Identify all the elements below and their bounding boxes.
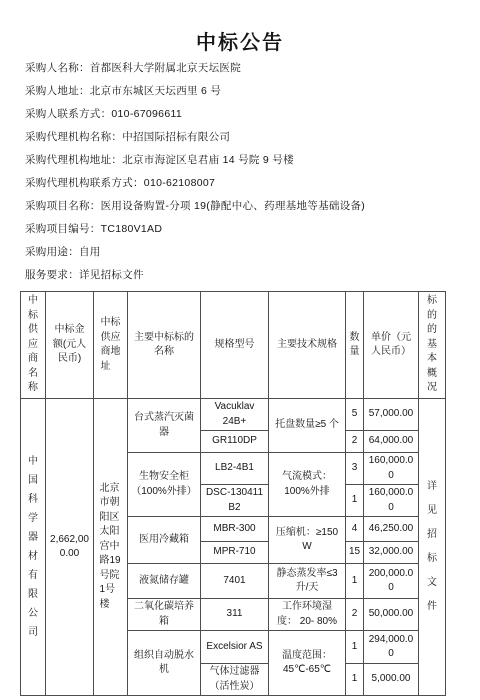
qty-cell: 1 (346, 485, 364, 517)
agency-contact-line: 采购代理机构联系方式：010-62108007 (25, 176, 468, 190)
model-cell: 311 (201, 599, 269, 631)
agency-name-line: 采购代理机构名称：中招国际招标有限公司 (25, 130, 468, 144)
item-name-cell: 台式蒸汽灭菌器 (128, 399, 201, 453)
project-number-line: 采购项目编号：TC180V1AD (25, 222, 468, 236)
item-name-cell: 生物安全柜 （100%外排） (128, 453, 201, 517)
model-cell: 7401 (201, 564, 269, 599)
spec-cell: 工作环境湿 度： 20- 80% (269, 599, 346, 631)
qty-cell: 2 (346, 431, 364, 453)
header-item-name: 主要中标标的名称 (128, 292, 201, 399)
unit-price-cell: 200,000.00 (364, 564, 419, 599)
qty-cell: 1 (346, 631, 364, 664)
purchase-info-section: 采购人名称：首都医科大学附属北京天坛医院 采购人地址：北京市东城区天坛西里 6 … (25, 61, 468, 282)
header-quantity: 数量 (346, 292, 364, 399)
summary-text: 详见招标文件 (427, 475, 437, 619)
header-quantity-text: 数量 (350, 331, 360, 360)
header-supplier-address-text: 中标供应商地址 (101, 316, 121, 374)
item-name-cell: 组织自动脱水机 (128, 631, 201, 696)
header-summary: 标的的基本概况 (419, 292, 446, 399)
spec-cell: 托盘数量≥5 个 (269, 399, 346, 453)
unit-price-cell: 57,000.00 (364, 399, 419, 431)
agency-address-line: 采购代理机构地址：北京市海淀区皂君庙 14 号院 9 号楼 (25, 153, 468, 167)
model-cell: Vacuklav 24B+ (201, 399, 269, 431)
purchase-purpose-line: 采购用途：自用 (25, 245, 468, 259)
header-supplier-name-text: 中标供应商名称 (28, 294, 38, 396)
header-summary-text: 标的的基本概况 (427, 294, 437, 396)
model-cell: DSC-130411 B2 (201, 485, 269, 517)
model-cell: LB2-4B1 (201, 453, 269, 485)
model-cell: MBR-300 (201, 517, 269, 542)
model-cell: Excelsior AS (201, 631, 269, 664)
purchaser-address-line: 采购人地址：北京市东城区天坛西里 6 号 (25, 84, 468, 98)
unit-price-cell: 32,000.00 (364, 542, 419, 564)
supplier-address-cell: 北京市朝阳区太阳宫中路19号院1号楼 (94, 399, 128, 696)
supplier-name-cell: 中国科学器材有限公司 (21, 399, 46, 696)
header-tech-spec: 主要技术规格 (269, 292, 346, 399)
qty-cell: 2 (346, 599, 364, 631)
item-name-cell: 液氮储存罐 (128, 564, 201, 599)
header-model: 规格型号 (201, 292, 269, 399)
qty-cell: 5 (346, 399, 364, 431)
unit-price-cell: 46,250.00 (364, 517, 419, 542)
item-name-cell: 医用冷藏箱 (128, 517, 201, 564)
model-cell: 气体过滤器 （活性炭） (201, 664, 269, 696)
supplier-address-text: 北京市朝阳区太阳宫中路19号院1号楼 (100, 482, 122, 613)
purchaser-name-line: 采购人名称：首都医科大学附属北京天坛医院 (25, 61, 468, 75)
purchaser-contact-line: 采购人联系方式：010-67096611 (25, 107, 468, 121)
project-name-line: 采购项目名称：医用设备购置-分项 19(静配中心、药理基地等基础设备) (25, 199, 468, 213)
unit-price-cell: 294,000.00 (364, 631, 419, 664)
unit-price-cell: 160,000.00 (364, 453, 419, 485)
page-title: 中标公告 (0, 26, 480, 55)
header-supplier-name: 中标供应商名称 (21, 292, 46, 399)
table-header-row: 中标供应商名称 中标金额(元人民币) 中标供应商地址 主要中标标的名称 规格型号… (21, 292, 446, 399)
service-requirement-line: 服务要求：详见招标文件 (25, 268, 468, 282)
spec-cell: 气流模式： 100%外排 (269, 453, 346, 517)
bid-results-table: 中标供应商名称 中标金额(元人民币) 中标供应商地址 主要中标标的名称 规格型号… (20, 291, 446, 696)
item-name-cell: 二氧化碳培养箱 (128, 599, 201, 631)
qty-cell: 4 (346, 517, 364, 542)
unit-price-cell: 5,000.00 (364, 664, 419, 696)
header-supplier-address: 中标供应商地址 (94, 292, 128, 399)
model-cell: MPR-710 (201, 542, 269, 564)
unit-price-cell: 160,000.00 (364, 485, 419, 517)
spec-cell: 静态蒸发率≤3 升/天 (269, 564, 346, 599)
qty-cell: 1 (346, 564, 364, 599)
bid-amount-cell: 2,662,000.00 (46, 399, 94, 696)
qty-cell: 15 (346, 542, 364, 564)
header-bid-amount-text: 中标金额(元人民币) (53, 323, 87, 367)
unit-price-cell: 50,000.00 (364, 599, 419, 631)
qty-cell: 3 (346, 453, 364, 485)
spec-cell: 温度范围： 45℃-65℃ (269, 631, 346, 696)
header-unit-price-text: 单价（元人民币） (370, 331, 412, 360)
header-unit-price: 单价（元人民币） (364, 292, 419, 399)
model-cell: GR110DP (201, 431, 269, 453)
summary-cell: 详见招标文件 (419, 399, 446, 696)
supplier-name-text: 中国科学器材有限公司 (28, 452, 38, 642)
qty-cell: 1 (346, 664, 364, 696)
spec-cell: 压缩机：≥150 W (269, 517, 346, 564)
header-bid-amount: 中标金额(元人民币) (46, 292, 94, 399)
unit-price-cell: 64,000.00 (364, 431, 419, 453)
table-row: 中国科学器材有限公司 2,662,000.00 北京市朝阳区太阳宫中路19号院1… (21, 399, 446, 431)
